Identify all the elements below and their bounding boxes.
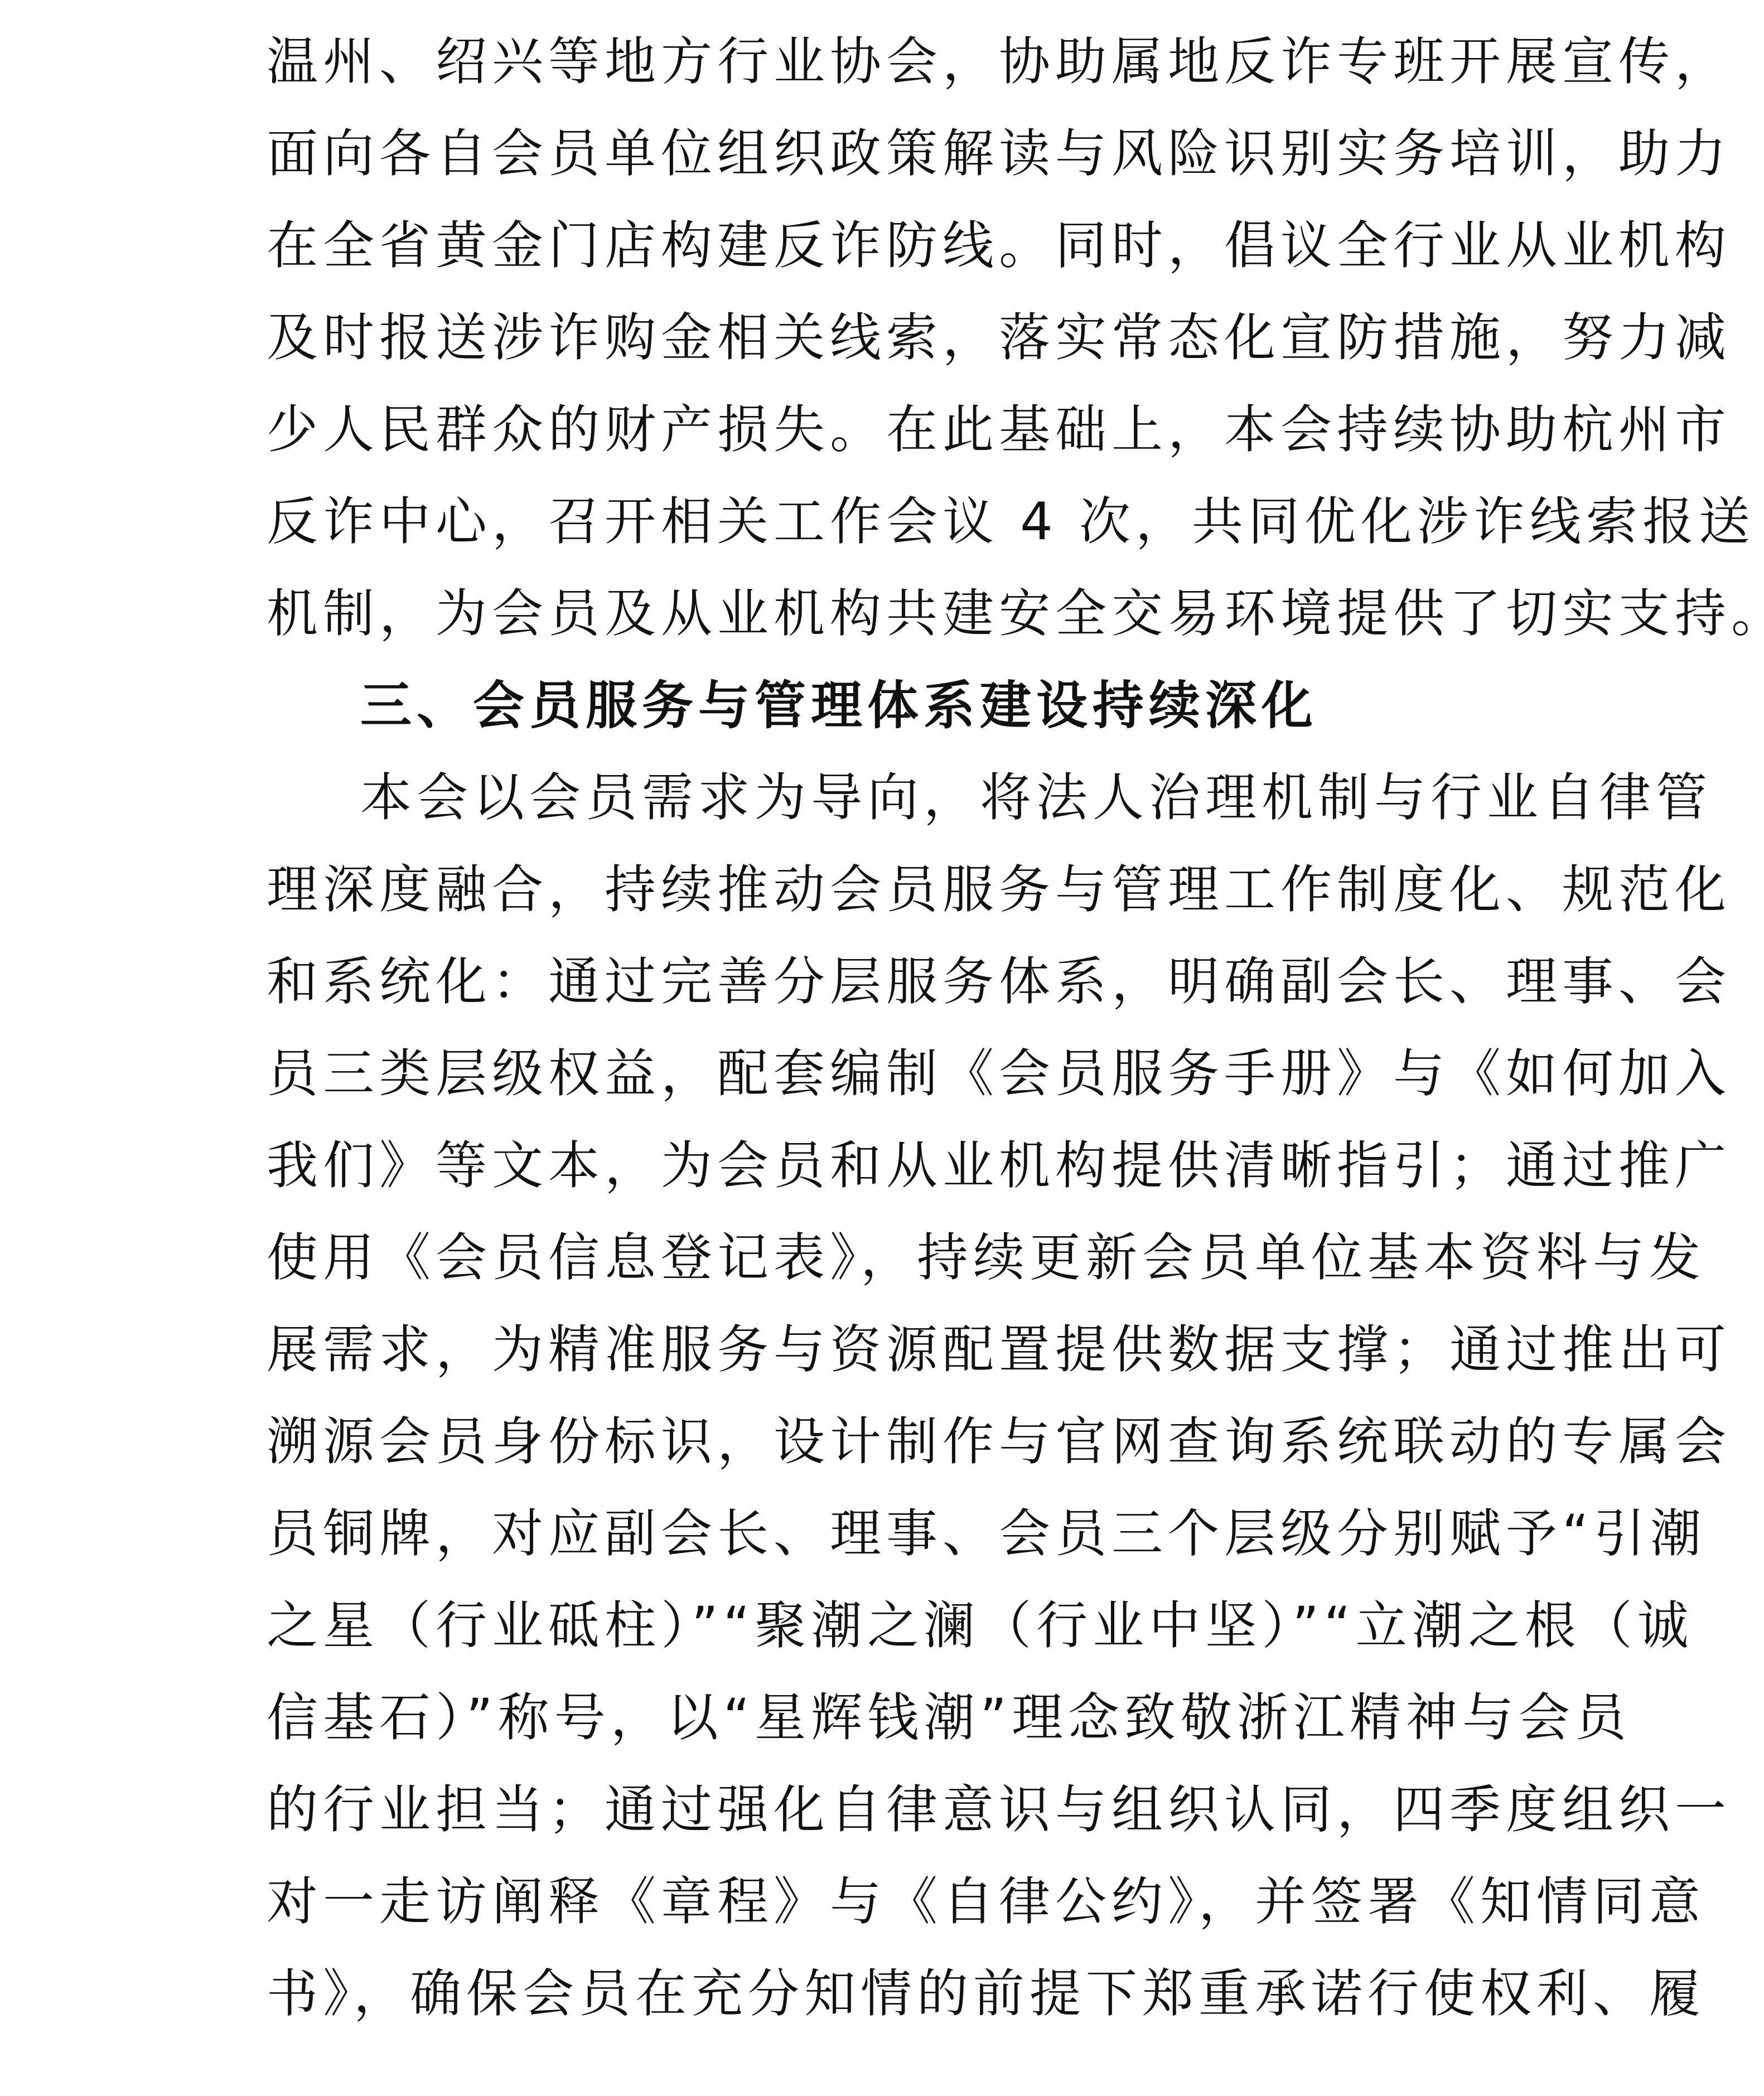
section-heading: 三、会员服务与管理体系建设持续深化 xyxy=(360,660,1318,752)
paragraph-line: 少人民群众的财产损失。在此基础上，本会持续协助杭州市 xyxy=(267,384,1731,476)
paragraph-line: 面向各自会员单位组织政策解读与风险识别实务培训，助力 xyxy=(267,108,1731,200)
paragraph-line: 和系统化：通过完善分层服务体系，明确副会长、理事、会 xyxy=(267,936,1731,1028)
paragraph-line: 我们》等文本，为会员和从业机构提供清晰指引；通过推广 xyxy=(267,1120,1731,1212)
paragraph-first-line: 本会以会员需求为导向，将法人治理机制与行业自律管 xyxy=(360,752,1712,844)
paragraph-line: 展需求，为精准服务与资源配置提供数据支撑；通过推出可 xyxy=(267,1304,1731,1396)
paragraph-line: 使用《会员信息登记表》，持续更新会员单位基本资料与发 xyxy=(267,1212,1705,1304)
paragraph-line: 反诈中心，召开相关工作会议 4 次，共同优化涉诈线索报送 xyxy=(267,476,1755,568)
paragraph-line: 理深度融合，持续推动会员服务与管理工作制度化、规范化 xyxy=(267,844,1731,936)
paragraph-line: 温州、绍兴等地方行业协会，协助属地反诈专班开展宣传， xyxy=(267,16,1731,108)
paragraph-line: 及时报送涉诈购金相关线索，落实常态化宣防措施，努力减 xyxy=(267,292,1731,384)
paragraph-line: 对一走访阐释《章程》与《自律公约》，并签署《知情同意 xyxy=(267,1856,1705,1948)
paragraph-line: 机制，为会员及从业机构共建安全交易环境提供了切实支持。 xyxy=(267,568,1764,660)
paragraph-line: 在全省黄金门店构建反诈防线。同时，倡议全行业从业机构 xyxy=(267,200,1731,292)
paragraph-line: 的行业担当；通过强化自律意识与组织认同，四季度组织一 xyxy=(267,1764,1731,1856)
paragraph-line: 信基石）”称号，以“星辉钱潮”理念致敬浙江精神与会员 xyxy=(267,1672,1631,1764)
paragraph-line: 员铜牌，对应副会长、理事、会员三个层级分别赋予“引潮 xyxy=(267,1488,1707,1580)
paragraph-line: 之星（行业砥柱）”“聚潮之澜（行业中坚）”“立潮之根（诚 xyxy=(267,1580,1694,1672)
paragraph-line: 书》，确保会员在充分知情的前提下郑重承诺行使权利、履 xyxy=(267,1948,1705,2040)
paragraph-line: 员三类层级权益，配套编制《会员服务手册》与《如何加入 xyxy=(267,1028,1731,1120)
paragraph-line: 溯源会员身份标识，设计制作与官网查询系统联动的专属会 xyxy=(267,1396,1731,1488)
